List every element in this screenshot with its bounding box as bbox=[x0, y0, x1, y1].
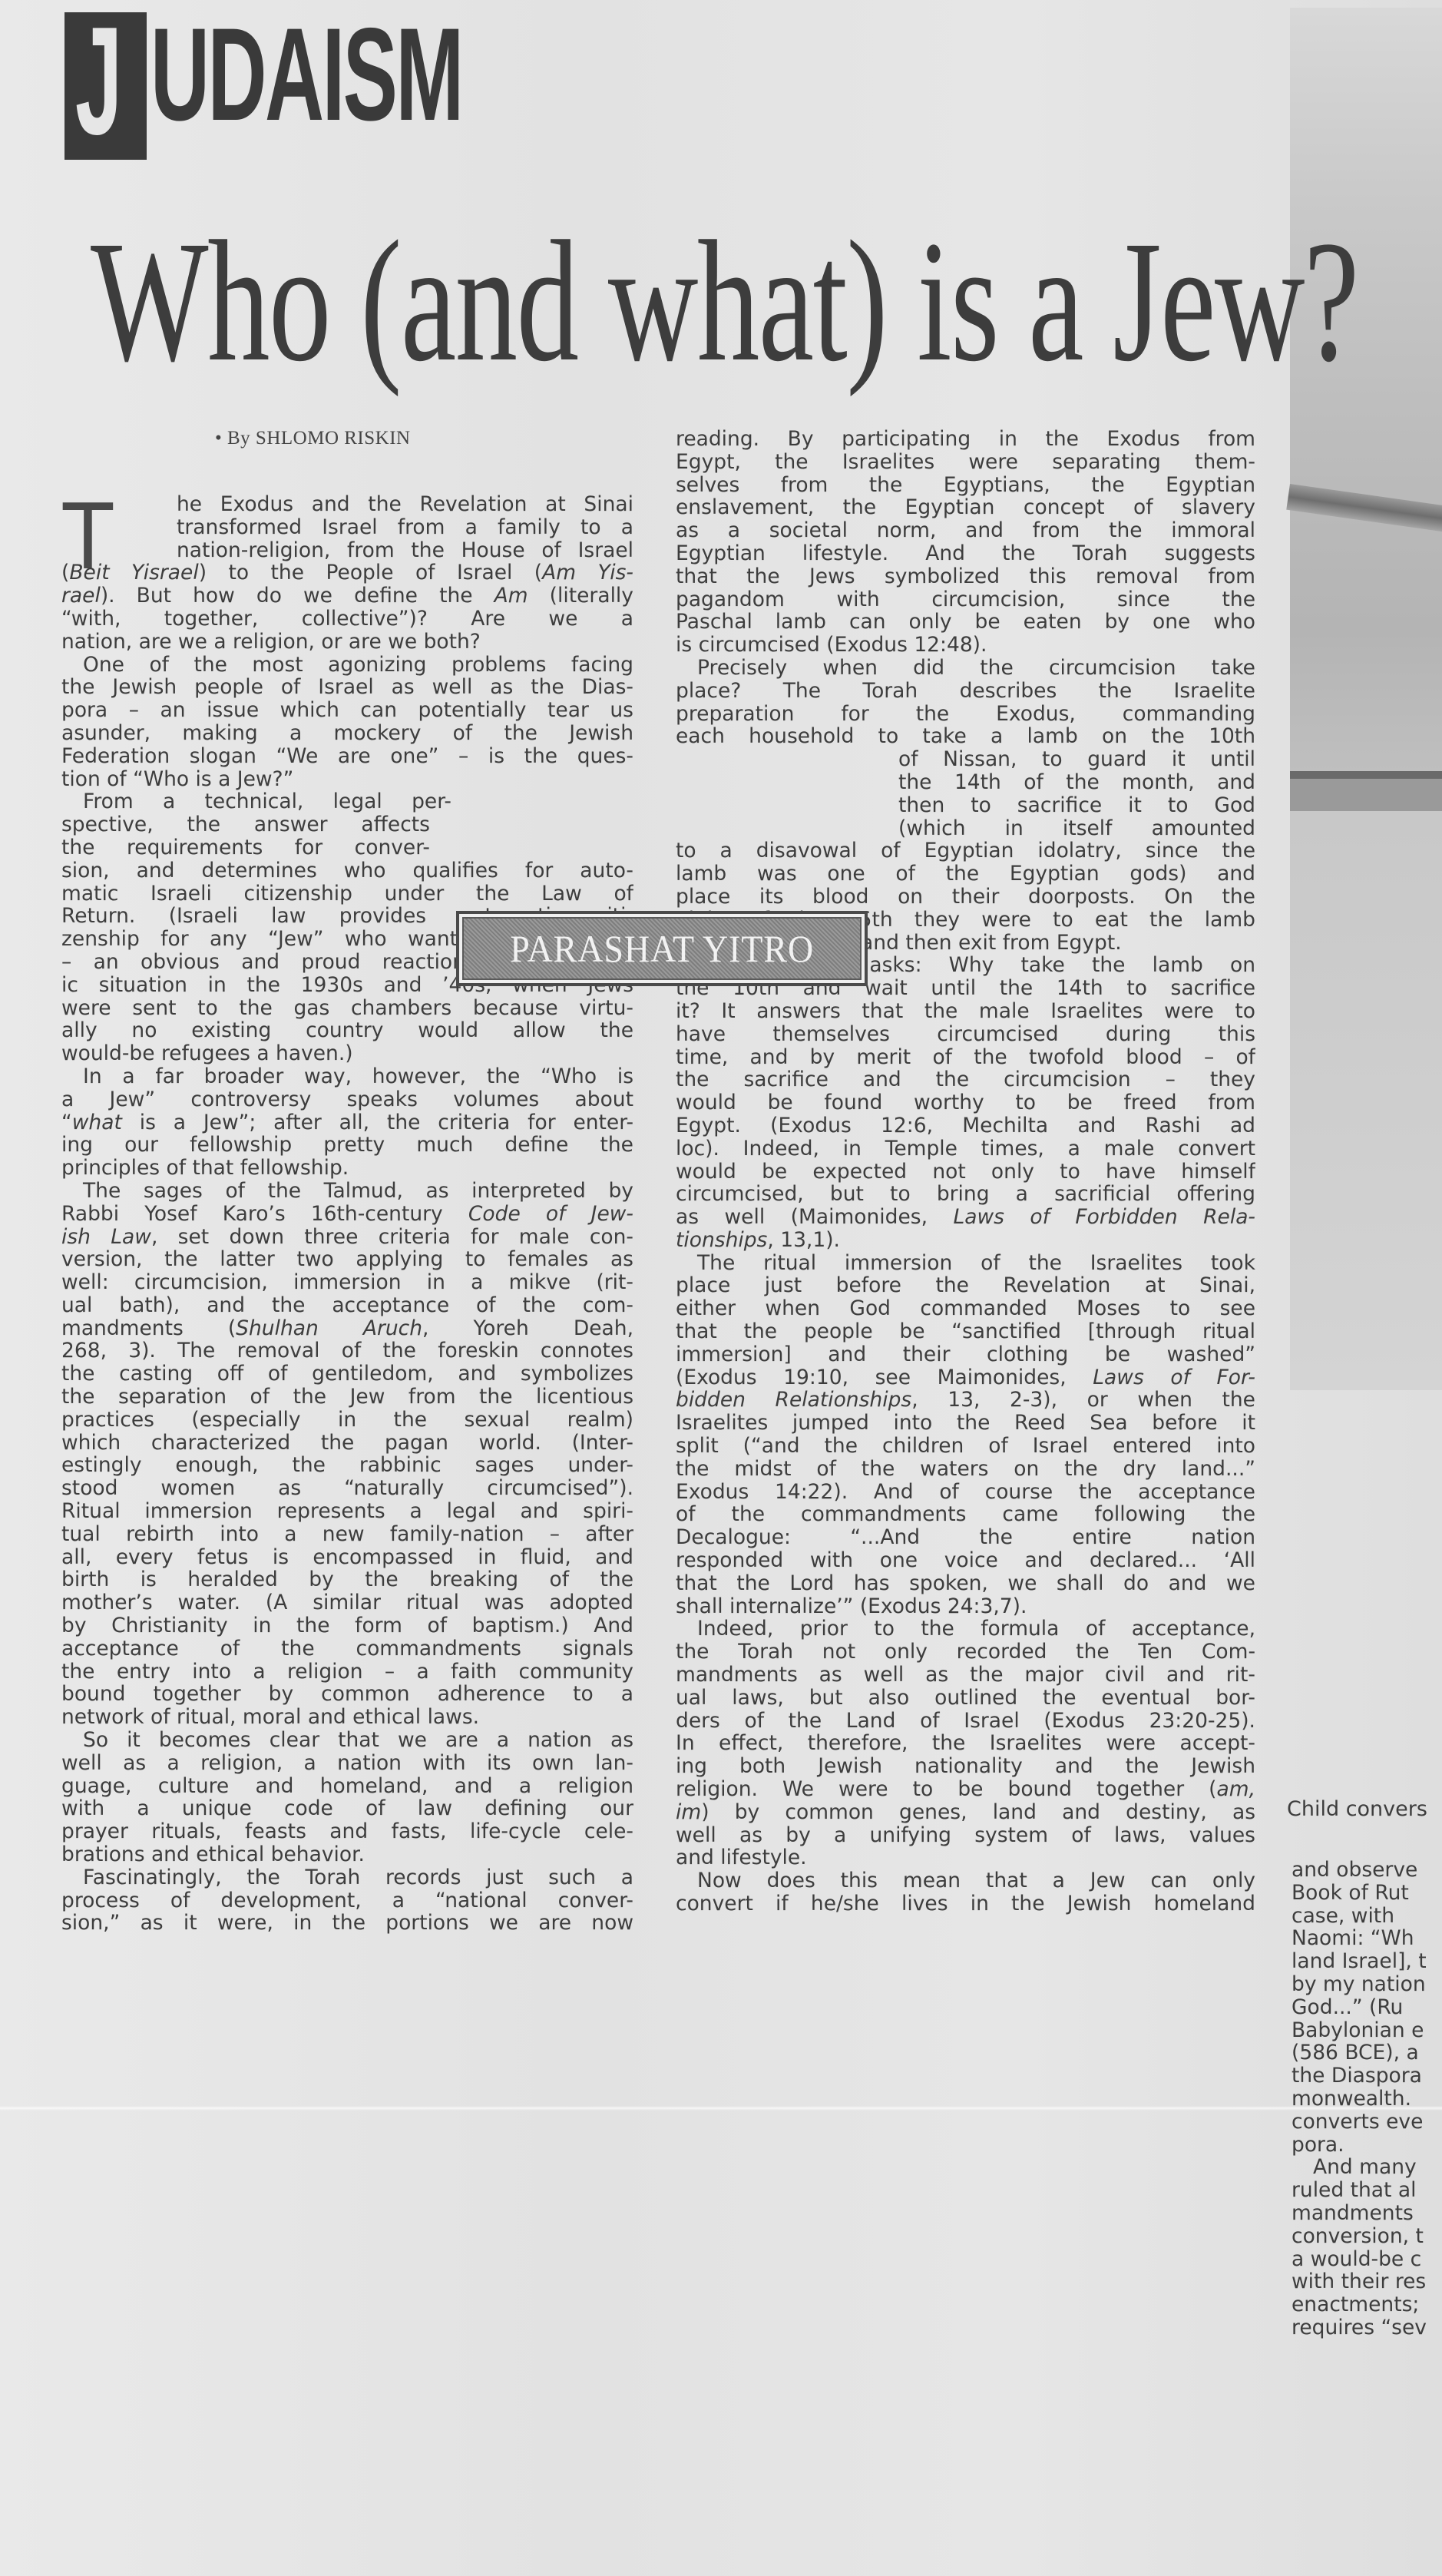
text-line: as a societal norm, and from the immoral bbox=[676, 519, 1255, 542]
text-line: each household to take a lamb on the 10t… bbox=[676, 725, 1255, 748]
text-line: matic Israeli citizenship under the Law … bbox=[61, 882, 633, 906]
photo-lower-area bbox=[1290, 811, 1442, 1390]
text-line: brations and ethical behavior. bbox=[61, 1843, 633, 1866]
text-line: circumcised, but to bring a sacrificial … bbox=[676, 1183, 1255, 1206]
text-line: God...” (Ru bbox=[1292, 1996, 1442, 2019]
text-line: nation-religion, from the House of Israe… bbox=[177, 539, 633, 562]
text-line: ual bath), and the acceptance of the com… bbox=[61, 1294, 633, 1317]
text-line: Naomi: “Wh bbox=[1292, 1927, 1442, 1950]
text-line: he Exodus and the Revelation at Sinai bbox=[177, 493, 633, 516]
text-line: 268, 3). The removal of the foreskin con… bbox=[61, 1339, 633, 1362]
text-line: “what is a Jew”; after all, the criteria… bbox=[61, 1111, 633, 1134]
text-line: converts eve bbox=[1292, 2111, 1442, 2134]
text-line: place its blood on their doorposts. On t… bbox=[676, 886, 1255, 909]
text-line: bound together by common adherence to a bbox=[61, 1683, 633, 1706]
text-line: reading. By participating in the Exodus … bbox=[676, 428, 1255, 451]
article-column-2: reading. By participating in the Exodus … bbox=[676, 428, 1255, 1915]
text-line: loc). Indeed, in Temple times, a male co… bbox=[676, 1137, 1255, 1161]
text-line: and lifestyle. bbox=[676, 1846, 1255, 1869]
text-line: which characterized the pagan world. (In… bbox=[61, 1432, 633, 1455]
text-line: the Torah not only recorded the Ten Com- bbox=[676, 1641, 1255, 1664]
text-line: of Nissan, to guard it until bbox=[898, 748, 1255, 771]
text-line: Precisely when did the circumcision take bbox=[676, 657, 1255, 680]
text-line: the Jewish people of Israel as well as t… bbox=[61, 676, 633, 699]
text-line: would be found worthy to be freed from bbox=[676, 1091, 1255, 1114]
text-line: im) by common genes, land and destiny, a… bbox=[676, 1801, 1255, 1824]
text-line: the Diaspora bbox=[1292, 2064, 1442, 2088]
text-line: prayer rituals, feasts and fasts, life-c… bbox=[61, 1820, 633, 1843]
text-line: Egyptian lifestyle. And the Torah sugges… bbox=[676, 542, 1255, 565]
text-line: well: circumcision, immersion in a mikve… bbox=[61, 1271, 633, 1294]
text-line: responded with one voice and declared...… bbox=[676, 1549, 1255, 1572]
photo-horizontal-edge bbox=[1290, 771, 1442, 779]
text-line: with their res bbox=[1292, 2270, 1442, 2293]
text-line: estingly enough, the rabbinic sages unde… bbox=[61, 1454, 633, 1477]
text-line: Exodus 14:22). And of course the accepta… bbox=[676, 1481, 1255, 1504]
text-line: as well (Maimonides, Laws of Forbidden R… bbox=[676, 1206, 1255, 1229]
text-line: (which in itself amounted bbox=[898, 817, 1255, 840]
text-line: ing our fellowship pretty much define th… bbox=[61, 1134, 633, 1157]
text-line: So it becomes clear that we are a nation… bbox=[61, 1729, 633, 1752]
text-line: that the Lord has spoken, we shall do an… bbox=[676, 1572, 1255, 1595]
text-line: a Jew” controversy speaks volumes about bbox=[61, 1088, 633, 1111]
headline: Who (and what) is a Jew? bbox=[91, 209, 1358, 393]
text-line: the entry into a religion – a faith comm… bbox=[61, 1660, 633, 1684]
photo-diagonal-rail bbox=[1286, 484, 1442, 533]
text-line: Federation slogan “We are one” – is the … bbox=[61, 745, 633, 768]
text-line: Ritual immersion represents a legal and … bbox=[61, 1500, 633, 1523]
text-line: Egypt, the Israelites were separating th… bbox=[676, 451, 1255, 474]
article-column-1: he Exodus and the Revelation at Sinaitra… bbox=[61, 493, 633, 1935]
text-line: The ritual immersion of the Israelites t… bbox=[676, 1252, 1255, 1275]
text-line: then to sacrifice it to God bbox=[898, 794, 1255, 817]
text-line: religion. We were to be bound together (… bbox=[676, 1778, 1255, 1801]
text-line: the casting off of gentiledom, and symbo… bbox=[61, 1362, 633, 1386]
text-line: well as by a unifying system of laws, va… bbox=[676, 1824, 1255, 1847]
text-line: is circumcised (Exodus 12:48). bbox=[676, 634, 1255, 657]
text-line: by my nation bbox=[1292, 1973, 1442, 1996]
text-line: tual rebirth into a new family-nation – … bbox=[61, 1523, 633, 1546]
text-line: requires “sev bbox=[1292, 2316, 1442, 2339]
text-line: sion,” as it were, in the portions we ar… bbox=[61, 1912, 633, 1935]
text-line: well as a religion, a nation with its ow… bbox=[61, 1752, 633, 1775]
text-line: a would-be c bbox=[1292, 2248, 1442, 2271]
text-line: ing both Jewish nationality and the Jewi… bbox=[676, 1755, 1255, 1778]
text-line: selves from the Egyptians, the Egyptian bbox=[676, 474, 1255, 497]
text-line: would be expected not only to have himse… bbox=[676, 1161, 1255, 1184]
text-line: and observe bbox=[1292, 1859, 1442, 1882]
text-line: place? The Torah describes the Israelite bbox=[676, 680, 1255, 703]
text-line: mandments bbox=[1292, 2202, 1442, 2225]
text-line: split (“and the children of Israel enter… bbox=[676, 1435, 1255, 1458]
text-line: Paschal lamb can only be eaten by one wh… bbox=[676, 611, 1255, 634]
text-line: the separation of the Jew from the licen… bbox=[61, 1386, 633, 1409]
text-line: ual laws, but also outlined the eventual… bbox=[676, 1687, 1255, 1710]
text-line: guage, culture and homeland, and a relig… bbox=[61, 1775, 633, 1798]
parashat-label-inner: PARASHAT YITRO bbox=[462, 917, 862, 980]
text-line: that the people be “sanctified [through … bbox=[676, 1320, 1255, 1343]
text-line: Israelites jumped into the Reed Sea befo… bbox=[676, 1412, 1255, 1435]
text-line: spective, the answer affects bbox=[61, 813, 430, 836]
text-line: (Beit Yisrael) to the People of Israel (… bbox=[61, 561, 633, 584]
text-line: time, and by merit of the twofold blood … bbox=[676, 1046, 1255, 1069]
text-line: bidden Relationships, 13, 2-3), or when … bbox=[676, 1389, 1255, 1412]
text-line: ruled that al bbox=[1292, 2179, 1442, 2202]
text-line: convert if he/she lives in the Jewish ho… bbox=[676, 1892, 1255, 1915]
text-line: The sages of the Talmud, as interpreted … bbox=[61, 1180, 633, 1203]
text-line: pora – an issue which can potentially te… bbox=[61, 699, 633, 722]
text-line: birth is heralded by the breaking of the bbox=[61, 1568, 633, 1591]
text-line: mother’s water. (A similar ritual was ad… bbox=[61, 1591, 633, 1614]
text-line: shall internalize’” (Exodus 24:3,7). bbox=[676, 1595, 1255, 1618]
parashat-label-box: PARASHAT YITRO bbox=[456, 911, 868, 986]
text-line: the 14th of the month, and bbox=[898, 771, 1255, 794]
text-line: it? It answers that the male Israelites … bbox=[676, 1000, 1255, 1023]
text-line: the midst of the waters on the dry land.… bbox=[676, 1458, 1255, 1481]
photo-band bbox=[1290, 779, 1442, 811]
text-line: Decalogue: “...And the entire nation bbox=[676, 1526, 1255, 1549]
text-line: mandments as well as the major civil and… bbox=[676, 1664, 1255, 1687]
text-line: to a disavowal of Egyptian idolatry, sin… bbox=[676, 839, 1255, 863]
text-line: transformed Israel from a family to a bbox=[177, 516, 633, 539]
article-column-3-clipped: and observeBook of Rutcase, withNaomi: “… bbox=[1292, 1859, 1442, 2339]
text-line: land Israel], t bbox=[1292, 1950, 1442, 1973]
text-line: One of the most agonizing problems facin… bbox=[61, 654, 633, 677]
text-line: place just before the Revelation at Sina… bbox=[676, 1274, 1255, 1297]
text-line: asunder, making a mockery of the Jewish bbox=[61, 722, 633, 745]
text-line: with a unique code of law defining our bbox=[61, 1797, 633, 1820]
text-line: nation, are we a religion, or are we bot… bbox=[61, 631, 633, 654]
text-line: of the commandments came following the bbox=[676, 1503, 1255, 1526]
text-line: And many bbox=[1292, 2156, 1442, 2179]
text-line: In effect, therefore, the Israelites wer… bbox=[676, 1732, 1255, 1755]
text-line: “with, together, collective”)? Are we a bbox=[61, 608, 633, 631]
text-line: From a technical, legal per- bbox=[61, 790, 451, 813]
text-line: In a far broader way, however, the “Who … bbox=[61, 1065, 633, 1088]
logo-initial-block: J bbox=[64, 12, 147, 160]
text-line: have themselves circumcised during this bbox=[676, 1023, 1255, 1046]
text-line: immersion] and their clothing be washed” bbox=[676, 1343, 1255, 1366]
text-line: all, every fetus is encompassed in fluid… bbox=[61, 1546, 633, 1569]
text-line: lamb was one of the Egyptian gods) and bbox=[676, 863, 1255, 886]
text-line: would-be refugees a haven.) bbox=[61, 1042, 633, 1065]
text-line: stood women as “naturally circumcised”). bbox=[61, 1477, 633, 1500]
text-line: network of ritual, moral and ethical law… bbox=[61, 1706, 633, 1729]
text-line: that the Jews symbolized this removal fr… bbox=[676, 565, 1255, 588]
text-line: Rabbi Yosef Karo’s 16th-century Code of … bbox=[61, 1203, 633, 1226]
text-line: version, the latter two applying to fema… bbox=[61, 1248, 633, 1271]
text-line: Now does this mean that a Jew can only bbox=[676, 1869, 1255, 1892]
text-line: Indeed, prior to the formula of acceptan… bbox=[676, 1617, 1255, 1641]
text-line: mandments (Shulhan Aruch, Yoreh Deah, bbox=[61, 1317, 633, 1340]
text-line: either when God commanded Moses to see bbox=[676, 1297, 1255, 1320]
text-line: acceptance of the commandments signals bbox=[61, 1637, 633, 1660]
byline: • By SHLOMO RISKIN bbox=[215, 428, 411, 449]
text-line: Babylonian e bbox=[1292, 2019, 1442, 2042]
text-line: enslavement, the Egyptian concept of sla… bbox=[676, 496, 1255, 519]
text-line: pora. bbox=[1292, 2134, 1442, 2157]
text-line: principles of that fellowship. bbox=[61, 1157, 633, 1180]
text-line: preparation for the Exodus, commanding bbox=[676, 703, 1255, 726]
text-line: tion of “Who is a Jew?” bbox=[61, 768, 633, 791]
text-line: (Exodus 19:10, see Maimonides, Laws of F… bbox=[676, 1366, 1255, 1389]
paper-fold-crease bbox=[0, 2106, 1442, 2111]
text-line: Egypt. (Exodus 12:6, Mechilta and Rashi … bbox=[676, 1114, 1255, 1137]
text-line: tionships, 13,1). bbox=[676, 1229, 1255, 1252]
text-line: ders of the Land of Israel (Exodus 23:20… bbox=[676, 1710, 1255, 1733]
text-line: (586 BCE), a bbox=[1292, 2041, 1442, 2064]
text-line: were sent to the gas chambers because vi… bbox=[61, 997, 633, 1020]
text-line: Fascinatingly, the Torah records just su… bbox=[61, 1866, 633, 1889]
text-line: case, with bbox=[1292, 1905, 1442, 1928]
text-line: pagandom with circumcision, since the bbox=[676, 588, 1255, 611]
text-line: the sacrifice and the circumcision – the… bbox=[676, 1068, 1255, 1091]
parashat-label: PARASHAT YITRO bbox=[510, 926, 814, 971]
text-line: enactments; bbox=[1292, 2293, 1442, 2316]
text-line: ish Law, set down three criteria for mal… bbox=[61, 1226, 633, 1249]
photo-caption: Child convers bbox=[1287, 1797, 1427, 1821]
logo-text: UDAISM bbox=[150, 9, 462, 140]
logo-initial: J bbox=[75, 5, 122, 158]
text-line: Book of Rut bbox=[1292, 1882, 1442, 1905]
text-line: conversion, t bbox=[1292, 2225, 1442, 2248]
text-line: process of development, a “national conv… bbox=[61, 1889, 633, 1912]
text-line: ally no existing country would allow the bbox=[61, 1019, 633, 1042]
text-line: sion, and determines who qualifies for a… bbox=[61, 859, 633, 882]
text-line: by Christianity in the form of baptism.)… bbox=[61, 1614, 633, 1637]
text-line: rael). But how do we define the Am (lite… bbox=[61, 584, 633, 608]
text-line: practices (especially in the sexual real… bbox=[61, 1409, 633, 1432]
text-line: the requirements for conver- bbox=[61, 836, 430, 859]
